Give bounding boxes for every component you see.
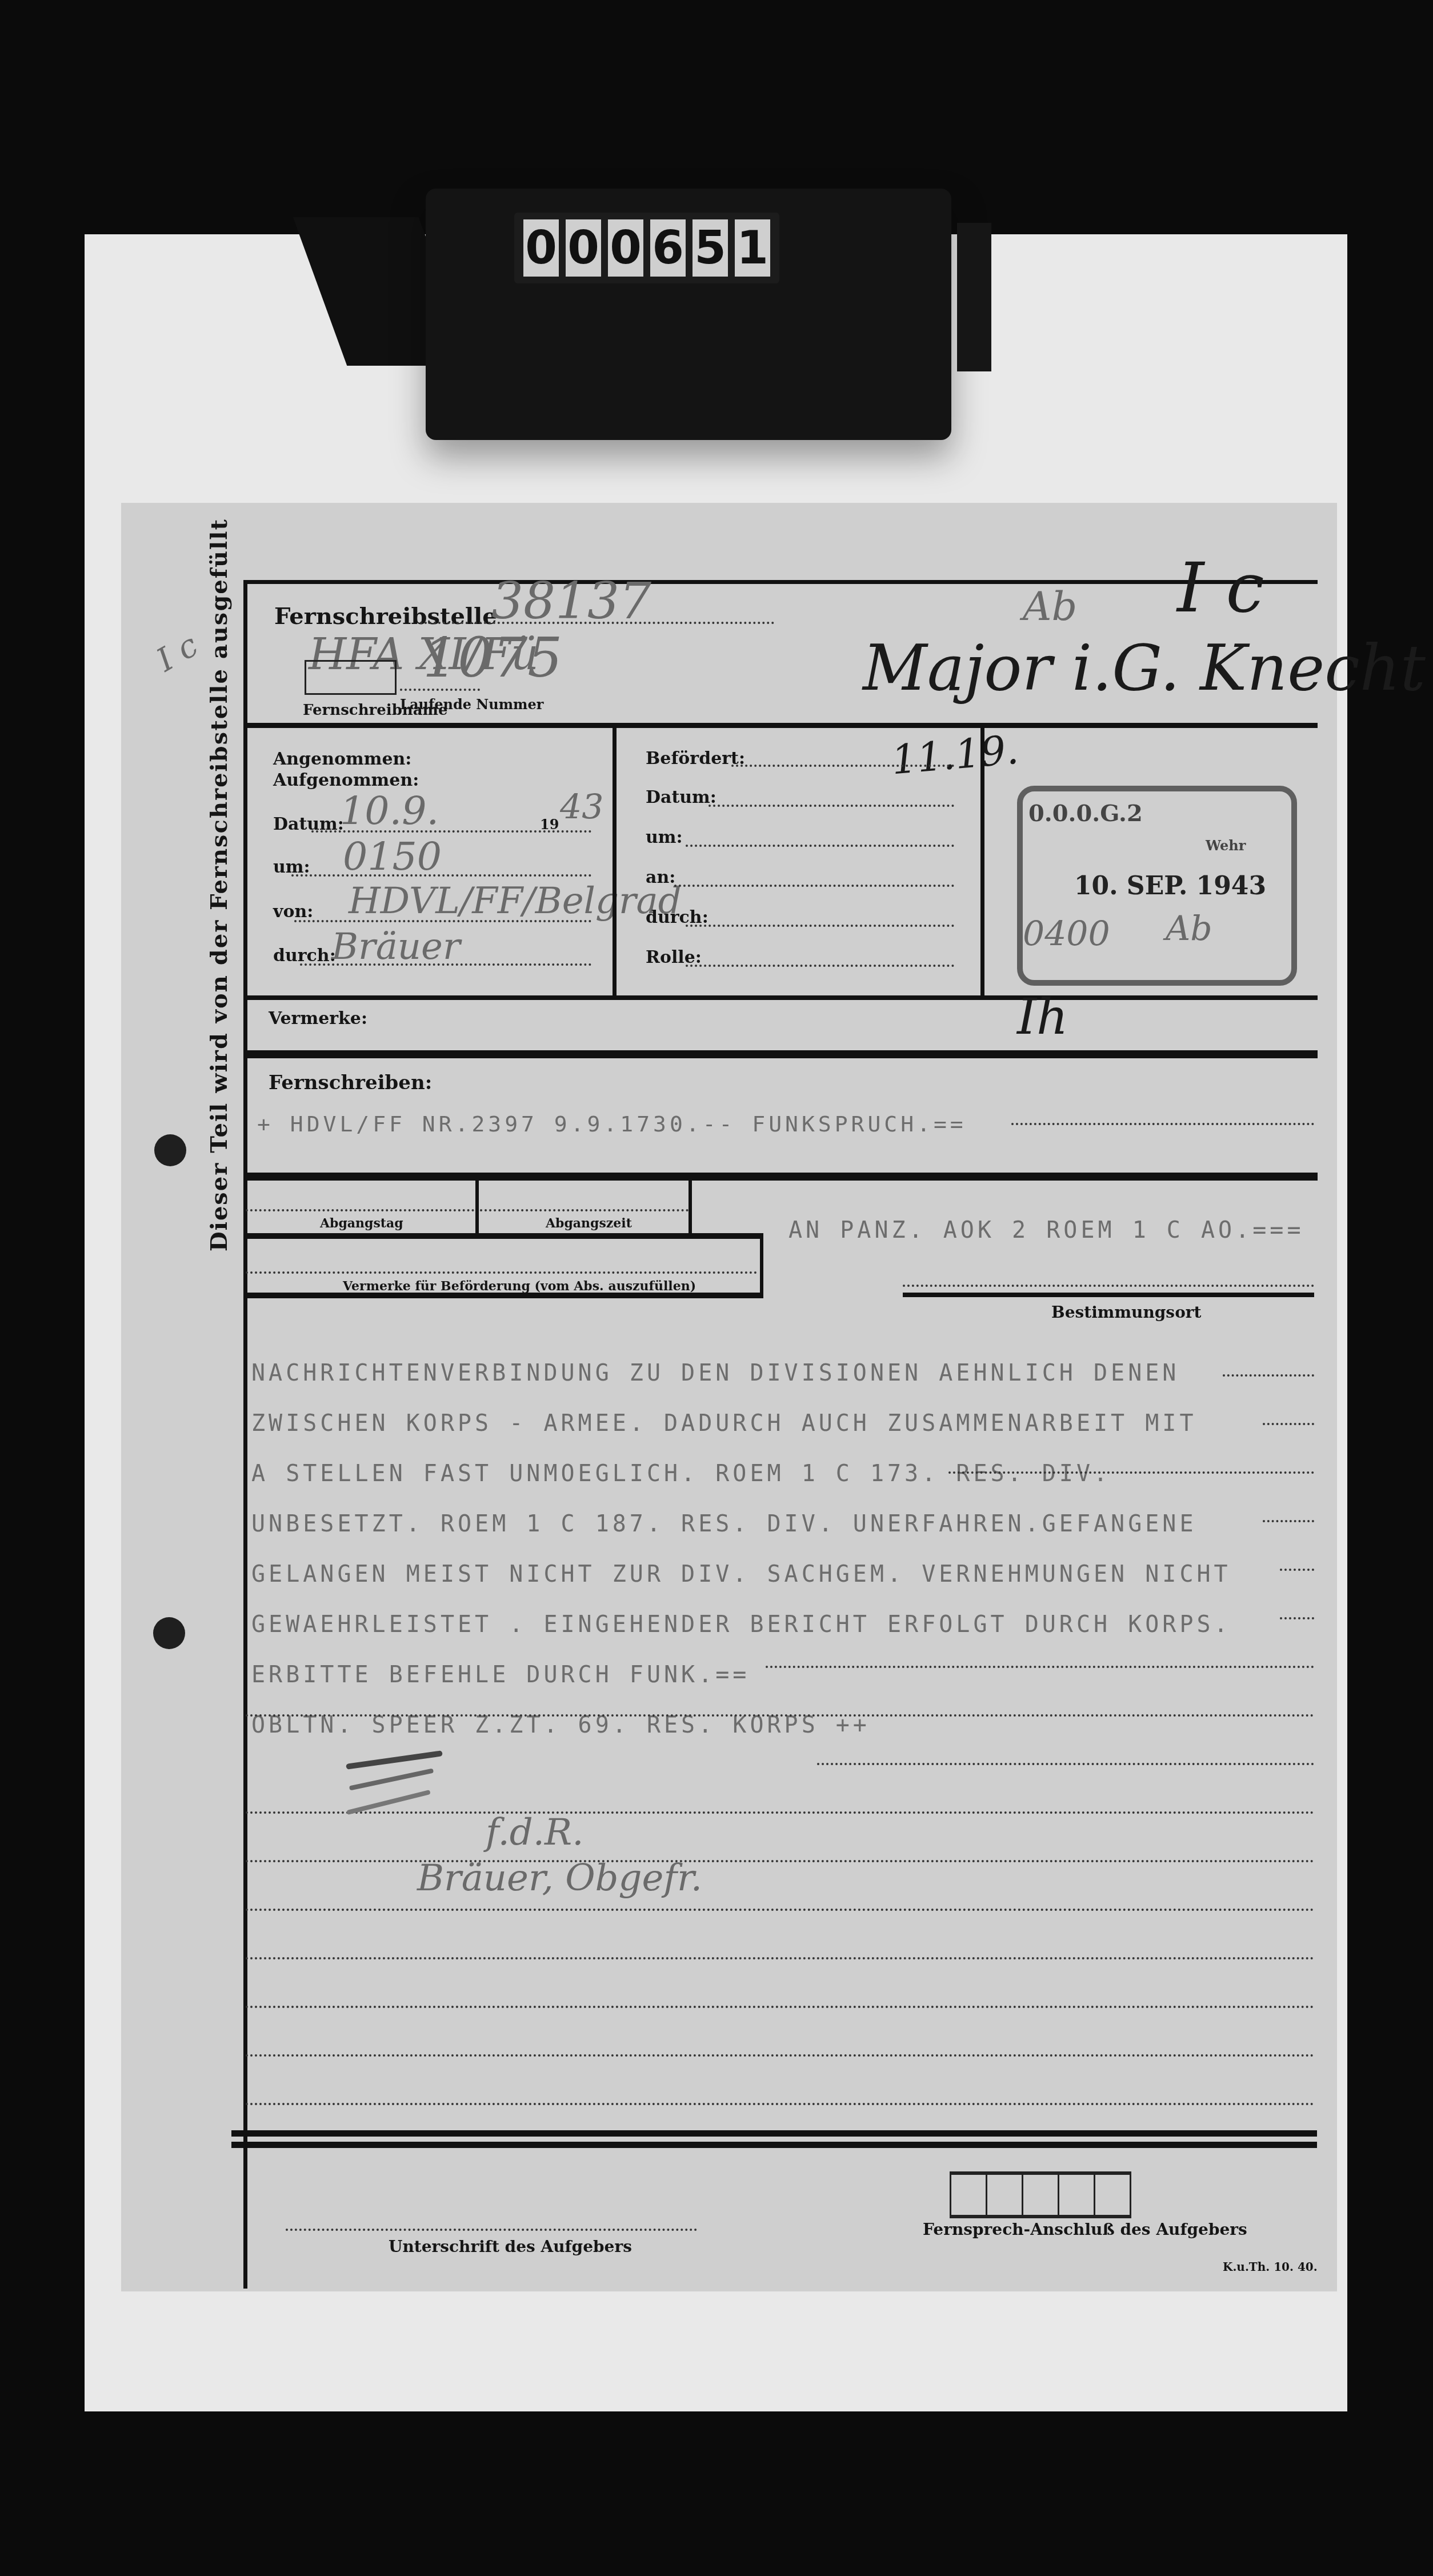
stamp-date: 10. SEP. 1943 — [1074, 871, 1266, 901]
befoerdert-label: Befördert: — [646, 749, 745, 769]
year-value: 43 — [560, 787, 603, 827]
fernschreiben-label: Fernschreiben: — [269, 1071, 432, 1094]
fernsprech-number-boxes — [950, 2171, 1131, 2218]
fdr-signature: Bräuer, Obgefr. — [417, 1857, 702, 1899]
side-instruction-text: Dieser Teil wird von der Fernschreibstel… — [206, 518, 233, 1251]
stamp-initials: Ab — [1166, 909, 1212, 949]
fernschreibname-box — [305, 660, 397, 695]
vermerke-initials: Ih — [1017, 989, 1068, 1046]
aufgenommen-label: Aufgenommen: — [273, 770, 419, 790]
abgangszeit-label: Abgangszeit — [546, 1216, 632, 1231]
vermerke-label: Vermerke: — [269, 1009, 367, 1029]
um-value: 0150 — [343, 834, 442, 879]
counter-digit: 0 — [523, 219, 559, 277]
von-value: HDVL/FF/Belgrad — [349, 880, 682, 922]
message-body: NACHRICHTENVERBINDUNG ZU DEN DIVISIONEN … — [251, 1360, 1231, 1762]
form-code: K.u.Th. 10. 40. — [1223, 2260, 1318, 2274]
laufende-nummer-label: Laufende Nummer — [400, 696, 543, 713]
durch-label: durch: — [273, 946, 336, 966]
datum-value: 10.9. — [340, 789, 439, 834]
abgangstag-label: Abgangstag — [320, 1216, 403, 1231]
stamp-line1: 0.0.0.G.2 — [1028, 800, 1143, 827]
frame-counter-digits: 0 0 0 6 5 1 — [514, 213, 779, 283]
counter-digit: 0 — [608, 219, 643, 277]
message-line: UNBESETZT. ROEM 1 C 187. RES. DIV. UNERF… — [251, 1511, 1231, 1561]
counter-digit: 1 — [735, 219, 770, 277]
forwarded-an-label: an: — [646, 867, 675, 887]
laufende-nummer-value: 1075 — [423, 626, 562, 690]
durch-value: Bräuer — [331, 926, 460, 968]
angenommen-label: Angenommen: — [273, 749, 411, 770]
unterschrift-label: Unterschrift des Aufgebers — [389, 2237, 632, 2256]
forwarded-um-label: um: — [646, 827, 683, 847]
message-header: + HDVL/FF NR.2397 9.9.1730.-- FUNKSPRUCH… — [257, 1111, 967, 1137]
punch-hole — [153, 1617, 185, 1649]
department-mark: I c — [1177, 549, 1264, 628]
handwritten-initials: Ab — [1023, 583, 1077, 630]
counter-knob — [957, 223, 991, 371]
message-line: NACHRICHTENVERBINDUNG ZU DEN DIVISIONEN … — [251, 1360, 1231, 1410]
bestimmungsort-label: Bestimmungsort — [1051, 1303, 1202, 1322]
address-line: AN PANZ. AOK 2 ROEM 1 C AO.=== — [788, 1217, 1304, 1243]
year-prefix: 19 — [540, 816, 559, 833]
fernschreibstelle-value: 38137 — [491, 571, 651, 630]
counter-digit: 6 — [650, 219, 686, 277]
message-line: ERBITTE BEFEHLE DURCH FUNK.== — [251, 1662, 1231, 1712]
von-label: von: — [273, 902, 313, 922]
fernsprech-label: Fernsprech-Anschluß des Aufgebers — [923, 2220, 1247, 2239]
message-line: GELANGEN MEIST NICHT ZUR DIV. SACHGEM. V… — [251, 1561, 1231, 1611]
message-line: ZWISCHEN KORPS - ARMEE. DADURCH AUCH ZUS… — [251, 1410, 1231, 1461]
counter-digit: 0 — [566, 219, 601, 277]
sender-line: OBLTN. SPEER Z.ZT. 69. RES. KORPS ++ — [251, 1712, 1231, 1762]
forwarded-datum-label: Datum: — [646, 787, 716, 807]
vermerke-befoerderung-label: Vermerke für Beförderung (vom Abs. auszu… — [343, 1279, 696, 1294]
counter-digit: 5 — [693, 219, 728, 277]
message-line: GEWAEHRLEISTET . EINGEHENDER BERICHT ERF… — [251, 1611, 1231, 1662]
stamp-time: 0400 — [1023, 914, 1110, 954]
message-line: A STELLEN FAST UNMOEGLICH. ROEM 1 C 173.… — [251, 1461, 1231, 1511]
stamp-line2: Wehr — [1206, 837, 1246, 854]
fdr-handwritten: f.d.R. — [486, 1811, 584, 1854]
officer-signature: Major i.G. Knecht — [863, 631, 1426, 705]
punch-hole — [154, 1134, 186, 1166]
